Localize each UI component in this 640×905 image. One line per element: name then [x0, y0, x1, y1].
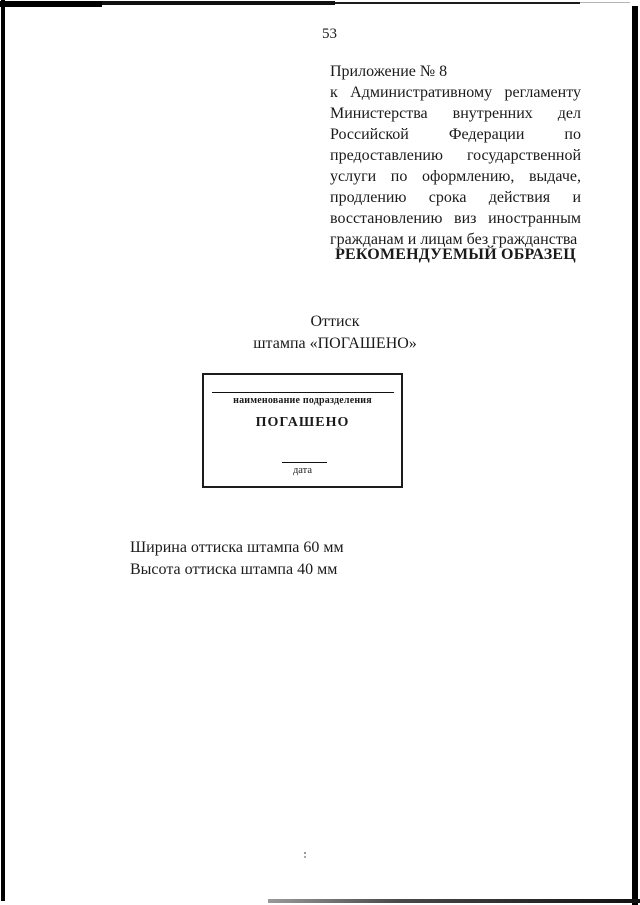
appendix-reference: Приложение № 8 к Административному регла…	[330, 61, 581, 250]
scan-border-top	[102, 1, 335, 5]
scan-border-bottom	[268, 899, 640, 903]
recommended-sample-label: РЕКОМЕНДУЕМЫЙ ОБРАЗЕЦ	[330, 246, 581, 264]
appendix-line: предоставлению государственной	[330, 145, 581, 166]
appendix-line: Министерства внутренних дел	[330, 103, 581, 124]
scan-speck	[304, 852, 306, 854]
stamp-title: Оттиск штампа «ПОГАШЕНО»	[235, 311, 435, 355]
appendix-line: Приложение № 8	[330, 61, 581, 82]
unit-name-blank-line	[212, 392, 394, 393]
stamp-title-line-1: Оттиск	[235, 311, 435, 333]
document-page: 53 Приложение № 8 к Административному ре…	[0, 0, 640, 905]
stamp-height-note: Высота оттиска штампа 40 мм	[130, 559, 344, 581]
date-blank-line	[282, 462, 327, 463]
scan-border-top	[0, 1, 102, 7]
scan-border-left	[1, 0, 5, 901]
stamp-dimension-notes: Ширина оттиска штампа 60 мм Высота оттис…	[130, 537, 344, 581]
appendix-line: к Административному регламенту	[330, 82, 581, 103]
unit-name-caption: наименование подразделения	[204, 395, 401, 406]
appendix-line: услуги по оформлению, выдаче,	[330, 166, 581, 187]
date-caption: дата	[204, 465, 401, 476]
stamp-text: ПОГАШЕНО	[204, 415, 401, 431]
stamp-box: наименование подразделения ПОГАШЕНО дата	[202, 373, 403, 488]
scan-border-right	[632, 6, 638, 905]
page-number: 53	[322, 26, 337, 43]
stamp-title-line-2: штампа «ПОГАШЕНО»	[235, 333, 435, 355]
scan-speck	[304, 856, 306, 858]
appendix-line: продлению срока действия и	[330, 187, 581, 208]
scan-border-top	[580, 2, 630, 3]
stamp-width-note: Ширина оттиска штампа 60 мм	[130, 537, 344, 559]
scan-border-top	[335, 2, 580, 4]
appendix-line: восстановлению виз иностранным	[330, 208, 581, 229]
appendix-line: Российской Федерации по	[330, 124, 581, 145]
